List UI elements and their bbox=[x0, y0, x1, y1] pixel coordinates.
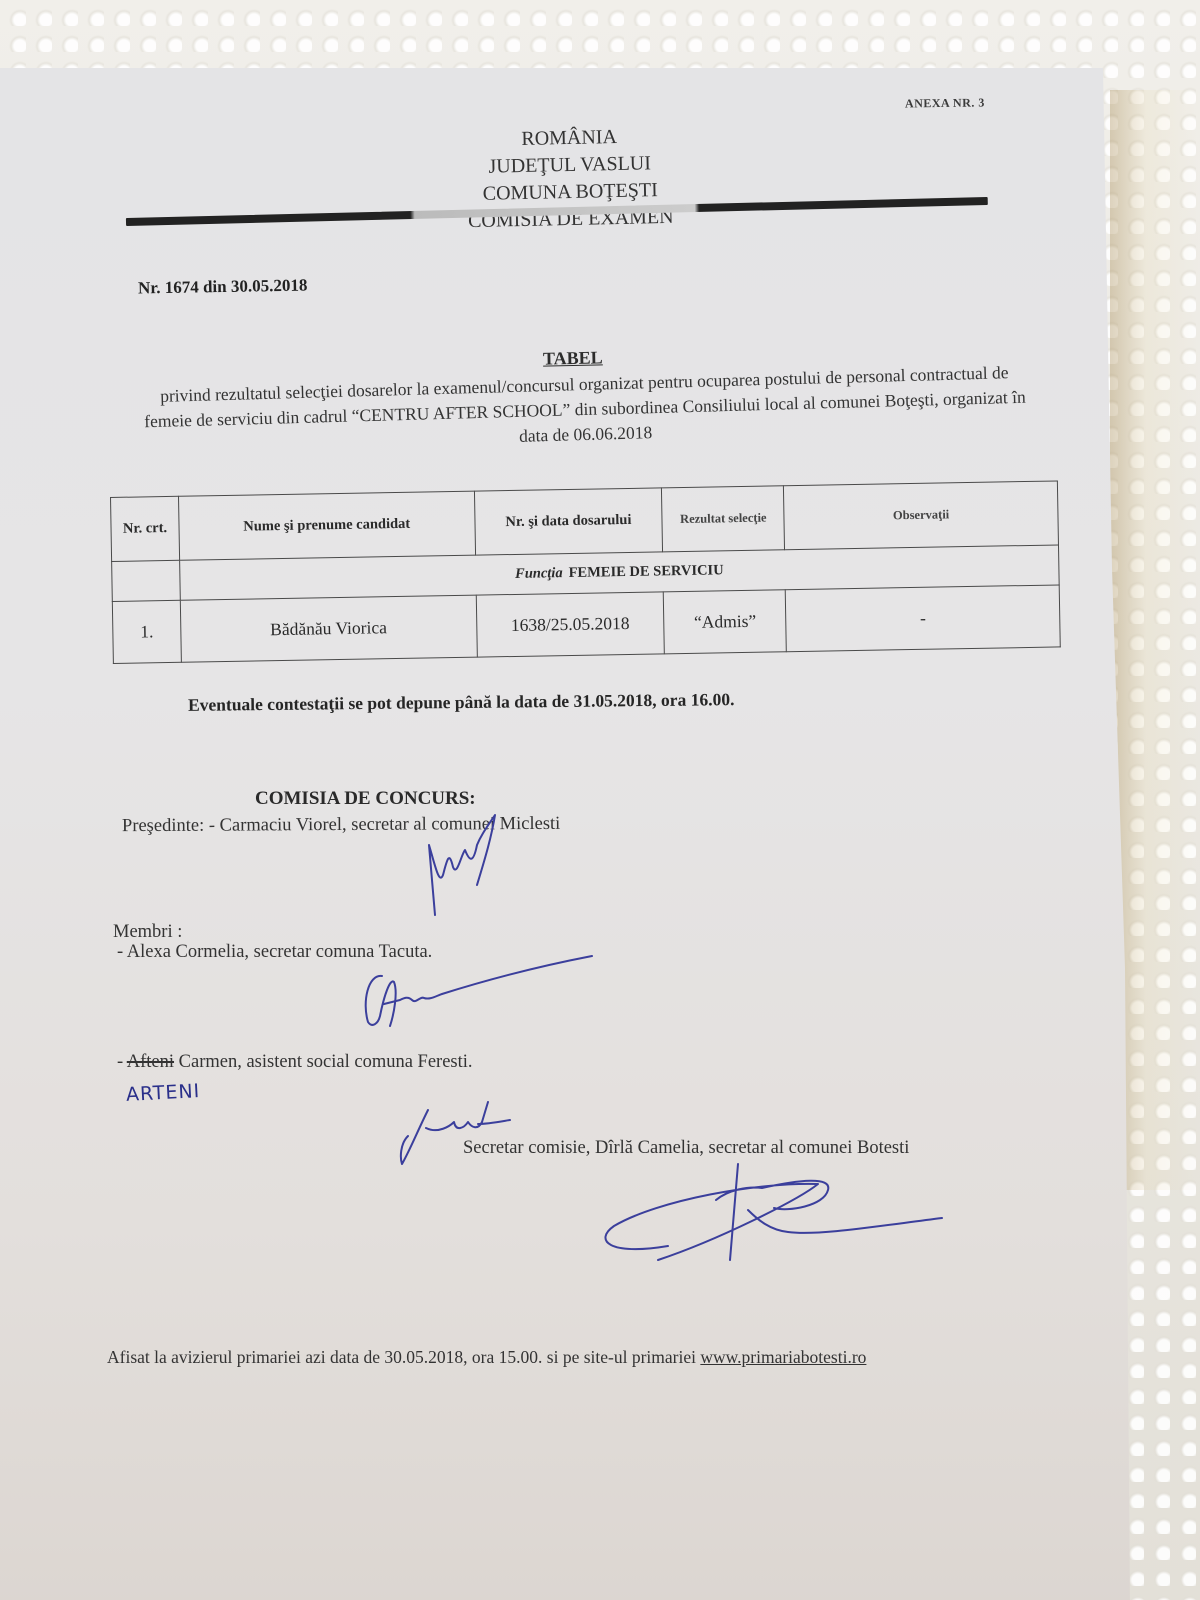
commission-secretary: Secretar comisie, Dîrlă Camelia, secreta… bbox=[463, 1138, 909, 1159]
handwritten-correction: ARTENI bbox=[125, 1080, 200, 1106]
posting-notice-text: Afisat la avizierul primariei azi data d… bbox=[107, 1347, 700, 1367]
function-value: FEMEIE DE SERVICIU bbox=[568, 562, 723, 581]
document-title: TABEL bbox=[543, 347, 603, 369]
cell-file-number: 1638/25.05.2018 bbox=[476, 592, 665, 657]
secretary-signature bbox=[598, 1160, 958, 1270]
annex-label: ANEXA NR. 3 bbox=[905, 95, 985, 111]
member2-rest: Carmen, asistent social comuna Feresti. bbox=[174, 1052, 473, 1072]
cell-nr: 1. bbox=[112, 600, 181, 663]
cell-candidate-name: Bădănău Viorica bbox=[180, 595, 477, 662]
function-label: Funcţia bbox=[515, 565, 563, 582]
document-number: Nr. 1674 din 30.05.2018 bbox=[138, 276, 308, 299]
members-label: Membri : bbox=[113, 922, 182, 943]
president-signature bbox=[425, 805, 525, 920]
col-header-file: Nr. şi data dosarului bbox=[474, 488, 663, 555]
function-row-empty-cell bbox=[112, 560, 181, 601]
cell-result: “Admis” bbox=[664, 590, 787, 654]
col-header-nr: Nr. crt. bbox=[111, 496, 180, 561]
col-header-notes: Observaţii bbox=[784, 481, 1059, 550]
col-header-result: Rezultat selecţie bbox=[662, 486, 785, 552]
institution-header: ROMÂNIA JUDEŢUL VASLUI COMUNA BOŢEŞTI CO… bbox=[419, 122, 721, 236]
member2-prefix: - bbox=[117, 1052, 127, 1072]
member2-signature bbox=[398, 1100, 518, 1170]
col-header-name: Nume şi prenume candidat bbox=[178, 491, 475, 560]
member2-struck-surname: Afteni bbox=[127, 1052, 174, 1072]
member-carmen: - Afteni Carmen, asistent social comuna … bbox=[117, 1052, 473, 1073]
member1-signature bbox=[360, 952, 600, 1032]
cell-notes: - bbox=[786, 585, 1061, 652]
results-table: Nr. crt. Nume şi prenume candidat Nr. şi… bbox=[110, 480, 1061, 664]
posting-notice: Afisat la avizierul primariei azi data d… bbox=[107, 1347, 866, 1368]
website-link[interactable]: www.primariabotesti.ro bbox=[700, 1347, 866, 1367]
